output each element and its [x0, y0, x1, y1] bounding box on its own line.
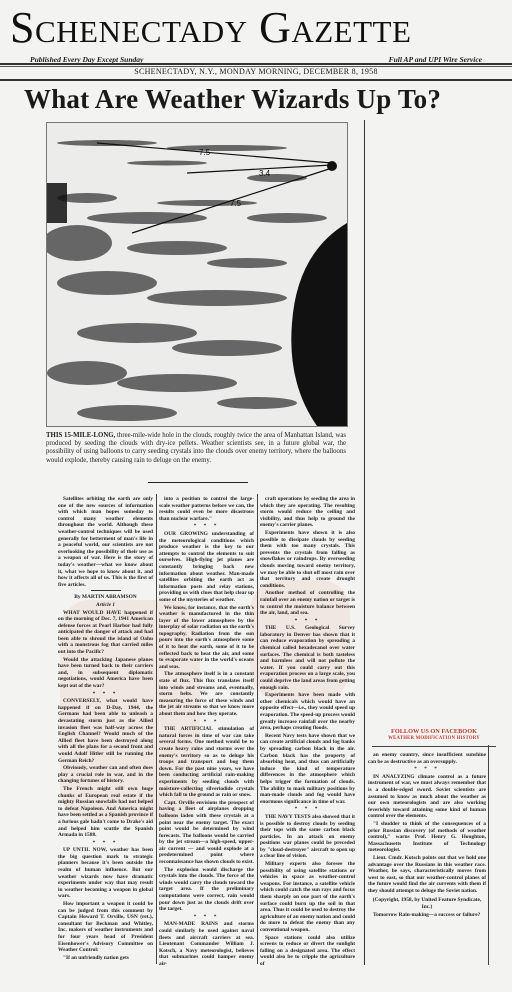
- section-break: * * *: [159, 914, 254, 921]
- paragraph: craft operations by seeding the area in …: [260, 496, 355, 529]
- section-break: * * *: [58, 840, 153, 847]
- paragraph: "If an unfriendly nation gets: [58, 955, 153, 962]
- svg-text:7.5: 7.5: [230, 199, 242, 208]
- section-break: * * *: [368, 766, 486, 773]
- facebook-promo[interactable]: FOLLOW US ON FACEBOOK WEATHER MODIFICATI…: [372, 728, 496, 747]
- paragraph: Experiments have been made with other ch…: [260, 692, 355, 732]
- paragraph: into a position to control the large-sca…: [159, 496, 254, 522]
- dateline: SCHENECTADY, N.Y., MONDAY MORNING, DECEM…: [0, 67, 512, 76]
- cloud-photo-image: 7.5 3.4 7.5: [47, 123, 347, 426]
- headline: What Are Weather Wizards Up To?: [24, 84, 441, 115]
- article-column-1: Satellites orbiting the earth are only o…: [58, 496, 153, 962]
- caption-divider: [148, 482, 248, 483]
- paragraph: Experiments have shown it is also possib…: [260, 530, 355, 589]
- paragraph: Lieut. Cmdr. Kotsch points out that we h…: [368, 855, 486, 895]
- paragraph: The explosion would discharge the crysta…: [159, 867, 254, 913]
- paragraph: UP UNTIL NOW, weather has been the big q…: [58, 847, 153, 900]
- promo-subline[interactable]: WEATHER MODIFICATION HISTORY: [372, 735, 496, 742]
- paragraph: How important a weapon it could be can b…: [58, 901, 153, 954]
- paragraph: Obviously, weather can and often does pl…: [58, 765, 153, 785]
- paragraph: IN ANALYZING climate control as a future…: [368, 774, 486, 820]
- paragraph: Military experts also foresee the possib…: [260, 861, 355, 934]
- paragraph: Recent Navy tests have shown that we can…: [260, 733, 355, 806]
- paragraph: THE U.S. Geological Survey laboratory in…: [260, 625, 355, 691]
- caption-lead: THIS 15-MILE-LONG,: [46, 432, 115, 439]
- article-column-4: an enemy country, since insufficient sun…: [368, 752, 486, 919]
- section-break: * * *: [260, 806, 355, 813]
- paragraph: Capt. Orville envisions the prospect of …: [159, 800, 254, 866]
- column-rule: [156, 494, 157, 964]
- masthead-rule: [0, 63, 512, 65]
- cloud-photo: 7.5 3.4 7.5: [46, 122, 348, 427]
- svg-text:7.5: 7.5: [199, 148, 211, 157]
- paragraph: OUR GROWING understanding of the meteoro…: [159, 531, 254, 604]
- section-break: * * *: [159, 719, 254, 726]
- section-break: * * *: [159, 523, 254, 530]
- copyright-notice: (Copyright, 1958, by United Feature Synd…: [368, 897, 486, 910]
- column-rule: [364, 120, 365, 965]
- newspaper-title: Schenectady Gazette: [10, 2, 505, 54]
- paragraph: CONVERSELY, what would have happened if …: [58, 698, 153, 764]
- paragraph: MAN-MADE RAINS and storms could similarl…: [159, 921, 254, 967]
- paragraph: We know, for instance, that the earth's …: [159, 605, 254, 671]
- article-column-3: craft operations by seeding the area in …: [260, 496, 355, 969]
- masthead: Schenectady Gazette Published Every Day …: [0, 0, 512, 80]
- section-break: * * *: [58, 691, 153, 698]
- byline-rule: [91, 590, 121, 591]
- paragraph: THE NAVY TESTS also showed that it is po…: [260, 814, 355, 860]
- byline: By MARTIN ABRAMSON: [58, 594, 153, 601]
- paragraph: "I shudder to think of the consequences …: [368, 821, 486, 854]
- photo-caption: THIS 15-MILE-LONG, three-mile-wide hole …: [46, 432, 346, 465]
- paragraph: an enemy country, since insufficient sun…: [368, 752, 486, 765]
- column-rule: [488, 745, 489, 965]
- tomorrow-teaser: Tomorrow Rain-making—a success or failur…: [368, 912, 486, 919]
- svg-text:3.4: 3.4: [259, 169, 271, 178]
- section-break: * * *: [260, 618, 355, 625]
- paragraph: Space stations could also utilize screen…: [260, 935, 355, 968]
- paragraph: The French might still own huge chunks o…: [58, 786, 153, 839]
- intro-paragraph: Satellites orbiting the earth are only o…: [58, 496, 153, 588]
- article-column-2: into a position to control the large-sca…: [159, 496, 254, 969]
- paragraph: The atmosphere itself is in a constant s…: [159, 671, 254, 717]
- paragraph: Another method of controlling the rainfa…: [260, 590, 355, 616]
- article-number: Article 1: [58, 602, 153, 609]
- column-rule: [257, 494, 258, 964]
- paragraph: WHAT WOULD HAVE happened if on the morni…: [58, 610, 153, 656]
- paragraph: THE ARTIFICIAL stimulation of natural fo…: [159, 726, 254, 799]
- promo-line[interactable]: FOLLOW US ON FACEBOOK: [372, 728, 496, 735]
- dateline-rule: [0, 79, 512, 81]
- paragraph: Would the attacking Japanese planes have…: [58, 657, 153, 690]
